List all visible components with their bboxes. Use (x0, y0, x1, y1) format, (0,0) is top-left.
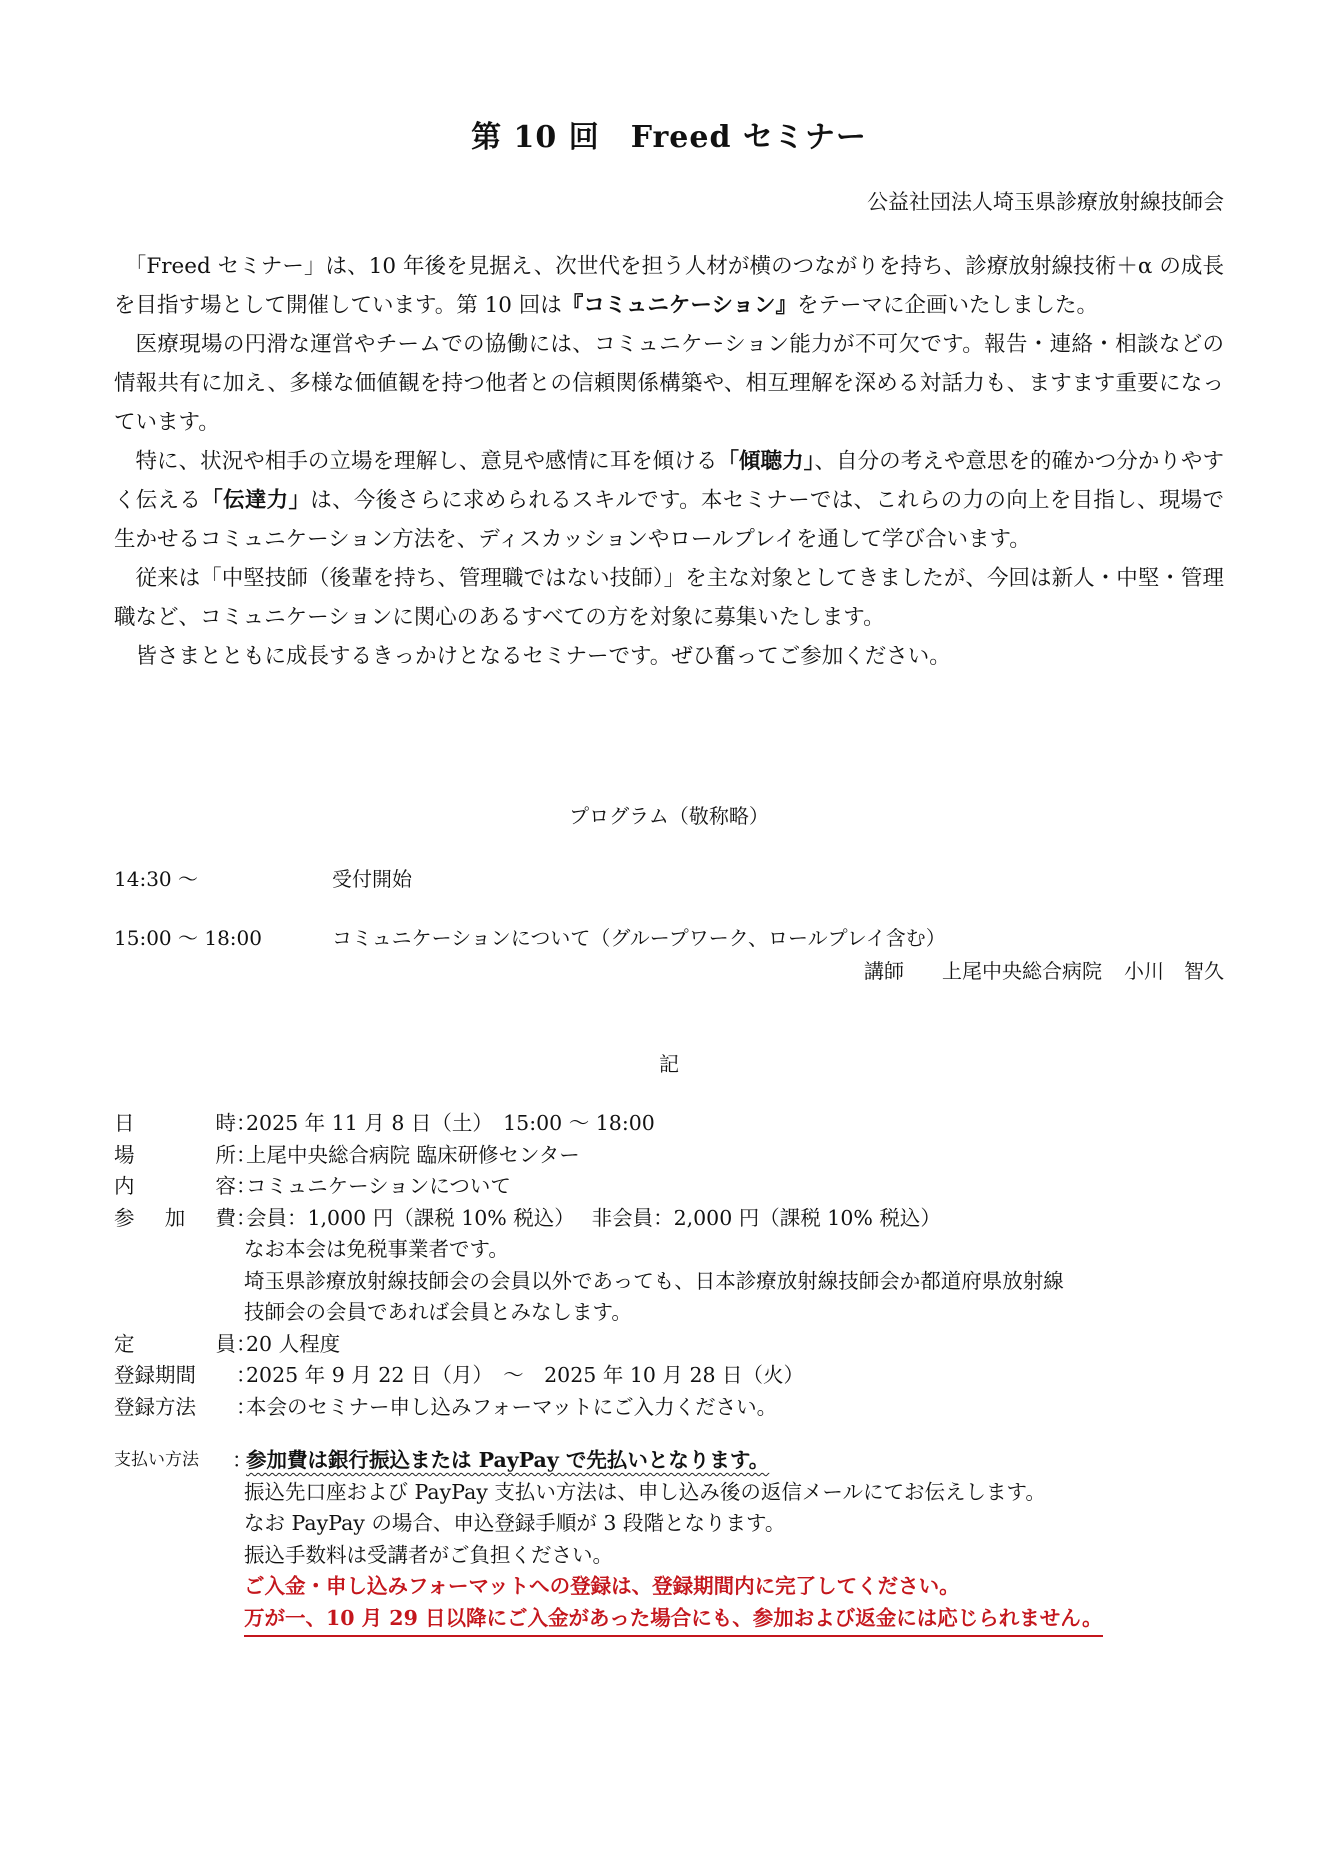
payment-note: 振込先口座および PayPay 支払い方法は、申し込み後の返信メールにてお伝えし… (114, 1477, 1224, 1509)
detail-row-registration-period: 登録期間 ： 2025 年 9 月 22 日（月） ～ 2025 年 10 月 … (114, 1360, 1224, 1392)
lecturer-name: 小川 智久 (1124, 959, 1224, 983)
detail-row-date: 日時 ： 2025 年 11 月 8 日（土） 15:00 ～ 18:00 (114, 1108, 1224, 1140)
payment-row: 支払い方法 ： 参加費は銀行振込または PayPay で先払いとなります。 (114, 1445, 1224, 1477)
detail-value: 上尾中央総合病院 臨床研修センター (246, 1140, 580, 1172)
detail-label: 定員 (114, 1329, 236, 1361)
page-title: 第 10 回 Freed セミナー (114, 112, 1224, 156)
program-title: コミュニケーションについて（グループワーク、ロールプレイ含む） (332, 922, 946, 951)
lecturer-line: 講師上尾中央総合病院小川 智久 (864, 955, 1224, 984)
detail-value: 20 人程度 (246, 1329, 340, 1361)
intro-text: 特に、状況や相手の立場を理解し、意見や感情に耳を傾ける (136, 449, 718, 474)
intro-paragraph-2: 医療現場の円滑な運営やチームでの協働には、コミュニケーション能力が不可欠です。報… (114, 325, 1224, 442)
payment-section: 支払い方法 ： 参加費は銀行振込または PayPay で先払いとなります。 振込… (114, 1445, 1224, 1637)
communication-skill-highlight: 「伝達力」 (201, 488, 310, 513)
intro-section: 「Freed セミナー」は、10 年後を見据え、次世代を担う人材が横のつながりを… (114, 247, 1224, 676)
fee-note: 技師会の会員であれば会員とみなします。 (114, 1297, 1224, 1329)
detail-label: 内容 (114, 1171, 236, 1203)
lecturer-affiliation: 上尾中央総合病院 (942, 959, 1102, 983)
detail-value: 本会のセミナー申し込みフォーマットにご入力ください。 (246, 1392, 777, 1424)
detail-row-content: 内容 ： コミュニケーションについて (114, 1171, 1224, 1203)
theme-highlight: 『コミュニケーション』 (562, 293, 797, 318)
detail-row-capacity: 定員 ： 20 人程度 (114, 1329, 1224, 1361)
fee-note: なお本会は免税事業者です。 (114, 1234, 1224, 1266)
intro-paragraph-4: 従来は「中堅技師（後輩を持ち、管理職ではない技師）」を主な対象としてきましたが、… (114, 559, 1224, 637)
payment-label: 支払い方法 (114, 1445, 232, 1477)
payment-warning-refund: 万が一、10 月 29 日以降にご入金があった場合にも、参加および返金には応じら… (114, 1603, 1224, 1638)
detail-row-registration-method: 登録方法 ： 本会のセミナー申し込みフォーマットにご入力ください。 (114, 1392, 1224, 1424)
intro-paragraph-5: 皆さまとともに成長するきっかけとなるセミナーです。ぜひ奮ってご参加ください。 (114, 637, 1224, 676)
payment-note: なお PayPay の場合、申込登録手順が 3 段階となります。 (114, 1508, 1224, 1540)
detail-label: 場所 (114, 1140, 236, 1172)
organization-name: 公益社団法人埼玉県診療放射線技師会 (867, 186, 1224, 216)
detail-value: 2025 年 9 月 22 日（月） ～ 2025 年 10 月 28 日（火） (246, 1360, 804, 1392)
program-title: 受付開始 (332, 863, 412, 892)
program-time: 14:30 ～ (114, 863, 198, 892)
intro-text: をテーマに企画いたしました。 (797, 293, 1098, 318)
notice-heading: 記 (114, 1048, 1224, 1077)
detail-label: 登録方法 (114, 1392, 236, 1424)
detail-value: 2025 年 11 月 8 日（土） 15:00 ～ 18:00 (246, 1108, 655, 1140)
lecturer-role: 講師 (864, 959, 904, 983)
detail-value: コミュニケーションについて (246, 1171, 511, 1203)
fee-note: 埼玉県診療放射線技師会の会員以外であっても、日本診療放射線技師会か都道府県放射線 (114, 1266, 1224, 1298)
listening-skill-highlight: 「傾聴力」 (717, 449, 814, 474)
payment-note: 振込手数料は受講者がご負担ください。 (114, 1540, 1224, 1572)
intro-paragraph-3: 特に、状況や相手の立場を理解し、意見や感情に耳を傾ける「傾聴力」、自分の考えや意… (114, 442, 1224, 559)
detail-label: 参加費 (114, 1203, 236, 1235)
detail-row-venue: 場所 ： 上尾中央総合病院 臨床研修センター (114, 1140, 1224, 1172)
payment-headline: 参加費は銀行振込または PayPay で先払いとなります。 (246, 1445, 769, 1477)
detail-row-fee: 参加費 ： 会員：1,000 円（課税 10% 税込） 非会員：2,000 円（… (114, 1203, 1224, 1235)
detail-value: 会員：1,000 円（課税 10% 税込） 非会員：2,000 円（課税 10%… (246, 1203, 941, 1235)
detail-label: 日時 (114, 1108, 236, 1140)
intro-paragraph-1: 「Freed セミナー」は、10 年後を見据え、次世代を担う人材が横のつながりを… (114, 247, 1224, 325)
payment-warning: ご入金・申し込みフォーマットへの登録は、登録期間内に完了してください。 (114, 1571, 1224, 1603)
program-heading: プログラム（敬称略） (114, 800, 1224, 829)
event-details: 日時 ： 2025 年 11 月 8 日（土） 15:00 ～ 18:00 場所… (114, 1108, 1224, 1423)
program-time: 15:00 ～ 18:00 (114, 922, 262, 951)
detail-label: 登録期間 (114, 1360, 236, 1392)
